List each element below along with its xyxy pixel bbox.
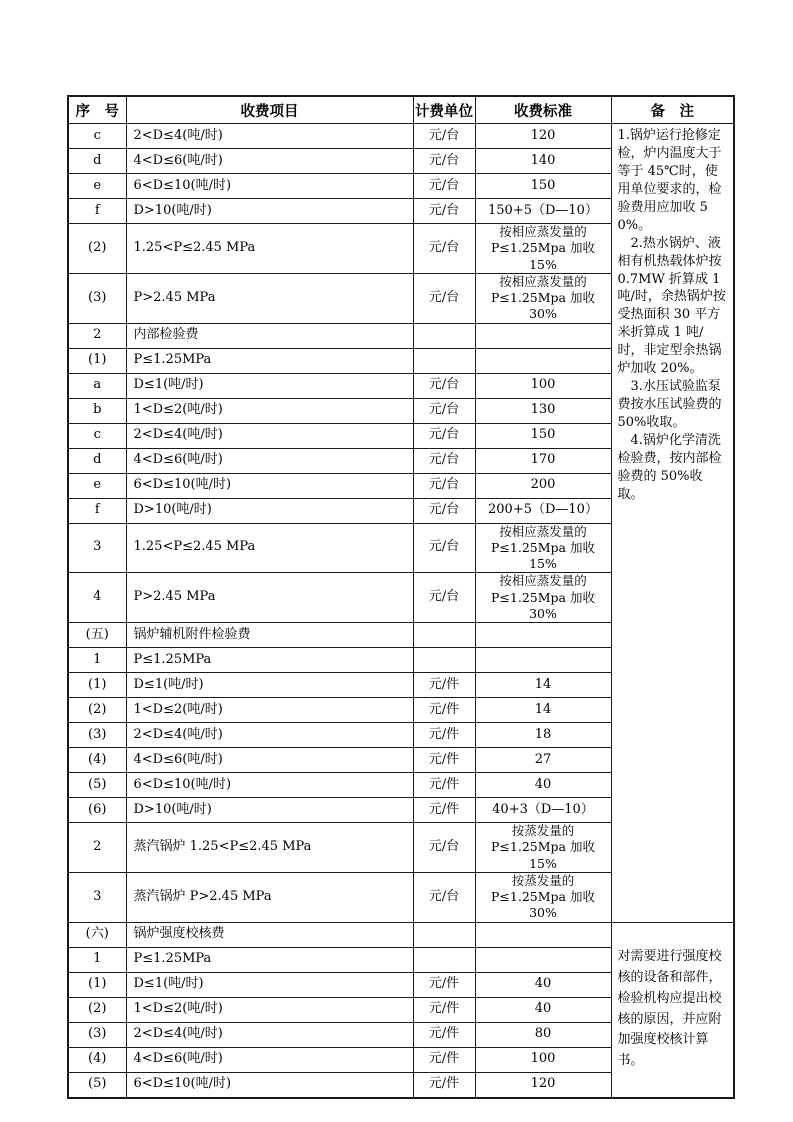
cell-billing-unit: 元/台 xyxy=(413,273,475,323)
cell-serial-no: c xyxy=(68,423,126,448)
cell-serial-no: f xyxy=(68,498,126,523)
cell-fee-item: 2<D≤4(吨/时) xyxy=(126,423,413,448)
cell-serial-no: 4 xyxy=(68,573,126,623)
cell-fee-standard xyxy=(475,348,611,373)
cell-fee-standard: 100 xyxy=(475,1047,611,1072)
cell-fee-standard: 14 xyxy=(475,698,611,723)
cell-fee-standard: 40 xyxy=(475,972,611,997)
cell-serial-no: (1) xyxy=(68,673,126,698)
cell-serial-no: a xyxy=(68,373,126,398)
cell-fee-item: 蒸汽锅炉 1.25<P≤2.45 MPa xyxy=(126,823,413,873)
cell-fee-item: 6<D≤10(吨/时) xyxy=(126,174,413,199)
cell-fee-item: 2<D≤4(吨/时) xyxy=(126,723,413,748)
fee-standard-line: P≤1.25Mpa 加收 15% xyxy=(476,839,611,872)
cell-fee-standard xyxy=(475,947,611,972)
cell-billing-unit: 元/件 xyxy=(413,1047,475,1072)
cell-fee-standard: 40+3（D—10） xyxy=(475,798,611,823)
remark-paragraph: 2.热水锅炉、液相有机热载体炉按 0.7MW 折算成 1 吨/时，余热锅炉按受热… xyxy=(618,235,729,379)
cell-serial-no: (1) xyxy=(68,348,126,373)
cell-fee-item: P≤1.25MPa xyxy=(126,947,413,972)
cell-fee-item: 1<D≤2(吨/时) xyxy=(126,997,413,1022)
table-row: (六)锅炉强度校核费对需要进行强度校核的设备和部件，检验机构应提出校核的原因，并… xyxy=(68,922,734,947)
cell-serial-no: (3) xyxy=(68,273,126,323)
cell-serial-no: (2) xyxy=(68,997,126,1022)
cell-billing-unit: 元/台 xyxy=(413,149,475,174)
fee-standard-line: P≤1.25Mpa 加收 30% xyxy=(476,290,611,323)
cell-fee-item: 4<D≤6(吨/时) xyxy=(126,748,413,773)
fee-standard-line: P≤1.25Mpa 加收 30% xyxy=(476,590,611,623)
cell-remarks: 1.锅炉运行抢修定检，炉内温度大于等于 45℃时，使用单位要求的，检验费用应加收… xyxy=(611,124,734,923)
cell-serial-no: (6) xyxy=(68,798,126,823)
cell-fee-standard: 80 xyxy=(475,1022,611,1047)
header-billing-unit: 计费单位 xyxy=(413,96,475,124)
cell-fee-standard: 14 xyxy=(475,673,611,698)
cell-serial-no: 1 xyxy=(68,648,126,673)
cell-billing-unit: 元/件 xyxy=(413,673,475,698)
cell-fee-standard: 40 xyxy=(475,773,611,798)
cell-serial-no: (3) xyxy=(68,1022,126,1047)
cell-serial-no: 2 xyxy=(68,323,126,348)
cell-fee-item: 6<D≤10(吨/时) xyxy=(126,473,413,498)
cell-serial-no: d xyxy=(68,448,126,473)
cell-serial-no: (六) xyxy=(68,922,126,947)
cell-serial-no: d xyxy=(68,149,126,174)
cell-billing-unit: 元/台 xyxy=(413,872,475,922)
cell-serial-no: (4) xyxy=(68,748,126,773)
cell-billing-unit: 元/台 xyxy=(413,823,475,873)
table-row: c2<D≤4(吨/时)元/台1201.锅炉运行抢修定检，炉内温度大于等于 45℃… xyxy=(68,124,734,149)
header-serial-no: 序 号 xyxy=(68,96,126,124)
cell-billing-unit: 元/台 xyxy=(413,174,475,199)
cell-billing-unit: 元/台 xyxy=(413,224,475,274)
cell-serial-no: (5) xyxy=(68,1072,126,1098)
cell-fee-item: 4<D≤6(吨/时) xyxy=(126,149,413,174)
cell-billing-unit: 元/件 xyxy=(413,798,475,823)
header-remarks: 备 注 xyxy=(611,96,734,124)
cell-fee-item: D>10(吨/时) xyxy=(126,199,413,224)
cell-fee-standard: 140 xyxy=(475,149,611,174)
fee-standard-line: 按相应蒸发量的 xyxy=(476,573,611,589)
cell-fee-standard: 按相应蒸发量的P≤1.25Mpa 加收 15% xyxy=(475,224,611,274)
cell-fee-standard: 按相应蒸发量的P≤1.25Mpa 加收 15% xyxy=(475,523,611,573)
cell-billing-unit: 元/件 xyxy=(413,1022,475,1047)
cell-serial-no: f xyxy=(68,199,126,224)
cell-remarks: 对需要进行强度校核的设备和部件，检验机构应提出校核的原因，并应附加强度校核计算书… xyxy=(611,922,734,1098)
cell-fee-item: 1<D≤2(吨/时) xyxy=(126,698,413,723)
cell-fee-standard: 170 xyxy=(475,448,611,473)
cell-fee-item: D>10(吨/时) xyxy=(126,498,413,523)
fee-standard-line: P≤1.25Mpa 加收 15% xyxy=(476,540,611,573)
cell-billing-unit xyxy=(413,648,475,673)
cell-fee-item: 蒸汽锅炉 P>2.45 MPa xyxy=(126,872,413,922)
cell-billing-unit: 元/件 xyxy=(413,972,475,997)
cell-serial-no: (2) xyxy=(68,698,126,723)
cell-billing-unit: 元/台 xyxy=(413,423,475,448)
cell-fee-item: 锅炉强度校核费 xyxy=(126,922,413,947)
cell-serial-no: c xyxy=(68,124,126,149)
cell-fee-standard xyxy=(475,623,611,648)
cell-serial-no: (2) xyxy=(68,224,126,274)
cell-serial-no: e xyxy=(68,473,126,498)
cell-billing-unit: 元/台 xyxy=(413,573,475,623)
cell-billing-unit xyxy=(413,623,475,648)
document-page: 序 号 收费项目 计费单位 收费标准 备 注 c2<D≤4(吨/时)元/台120… xyxy=(0,0,793,1122)
cell-fee-standard: 100 xyxy=(475,373,611,398)
remark-paragraph: 3.水压试验监泵费按水压试验费的 50%收取。 xyxy=(618,378,729,432)
cell-fee-item: D>10(吨/时) xyxy=(126,798,413,823)
cell-serial-no: (3) xyxy=(68,723,126,748)
cell-fee-standard xyxy=(475,323,611,348)
cell-fee-item: P>2.45 MPa xyxy=(126,573,413,623)
cell-serial-no: b xyxy=(68,398,126,423)
cell-billing-unit xyxy=(413,323,475,348)
cell-fee-standard xyxy=(475,922,611,947)
cell-serial-no: 1 xyxy=(68,947,126,972)
fee-standard-line: 按相应蒸发量的 xyxy=(476,524,611,540)
cell-fee-item: 锅炉辅机附件检验费 xyxy=(126,623,413,648)
cell-fee-item: 内部检验费 xyxy=(126,323,413,348)
cell-fee-standard: 150+5（D—10） xyxy=(475,199,611,224)
cell-fee-standard: 40 xyxy=(475,997,611,1022)
cell-fee-standard: 120 xyxy=(475,1072,611,1098)
cell-fee-standard: 按相应蒸发量的P≤1.25Mpa 加收 30% xyxy=(475,573,611,623)
header-row: 序 号 收费项目 计费单位 收费标准 备 注 xyxy=(68,96,734,124)
cell-billing-unit xyxy=(413,922,475,947)
table-body: c2<D≤4(吨/时)元/台1201.锅炉运行抢修定检，炉内温度大于等于 45℃… xyxy=(68,124,734,1098)
header-fee-standard: 收费标准 xyxy=(475,96,611,124)
cell-serial-no: (五) xyxy=(68,623,126,648)
cell-billing-unit: 元/台 xyxy=(413,473,475,498)
fee-table: 序 号 收费项目 计费单位 收费标准 备 注 c2<D≤4(吨/时)元/台120… xyxy=(67,95,735,1099)
fee-standard-line: 按蒸发量的 xyxy=(476,823,611,839)
remark-paragraph: 1.锅炉运行抢修定检，炉内温度大于等于 45℃时，使用单位要求的，检验费用应加收… xyxy=(618,127,729,235)
cell-billing-unit: 元/台 xyxy=(413,498,475,523)
remark-paragraph: 对需要进行强度校核的设备和部件，检验机构应提出校核的原因，并应附加强度校核计算书… xyxy=(618,947,729,1072)
fee-standard-line: 按相应蒸发量的 xyxy=(476,224,611,240)
fee-standard-line: P≤1.25Mpa 加收 30% xyxy=(476,889,611,922)
cell-fee-standard: 27 xyxy=(475,748,611,773)
cell-fee-item: 1.25<P≤2.45 MPa xyxy=(126,523,413,573)
cell-fee-item: 4<D≤6(吨/时) xyxy=(126,1047,413,1072)
cell-fee-item: D≤1(吨/时) xyxy=(126,972,413,997)
cell-fee-item: D≤1(吨/时) xyxy=(126,673,413,698)
cell-serial-no: 3 xyxy=(68,872,126,922)
cell-serial-no: (5) xyxy=(68,773,126,798)
cell-fee-item: 1.25<P≤2.45 MPa xyxy=(126,224,413,274)
cell-billing-unit xyxy=(413,947,475,972)
cell-fee-item: 1<D≤2(吨/时) xyxy=(126,398,413,423)
cell-billing-unit: 元/件 xyxy=(413,698,475,723)
cell-billing-unit: 元/台 xyxy=(413,373,475,398)
cell-billing-unit xyxy=(413,348,475,373)
cell-fee-item: 6<D≤10(吨/时) xyxy=(126,773,413,798)
cell-fee-standard: 18 xyxy=(475,723,611,748)
cell-billing-unit: 元/台 xyxy=(413,124,475,149)
cell-fee-standard: 150 xyxy=(475,423,611,448)
fee-standard-line: P≤1.25Mpa 加收 15% xyxy=(476,240,611,273)
cell-fee-standard: 150 xyxy=(475,174,611,199)
cell-fee-item: 2<D≤4(吨/时) xyxy=(126,124,413,149)
cell-fee-item: P>2.45 MPa xyxy=(126,273,413,323)
cell-billing-unit: 元/件 xyxy=(413,997,475,1022)
cell-fee-standard xyxy=(475,648,611,673)
cell-billing-unit: 元/台 xyxy=(413,523,475,573)
cell-fee-standard: 200+5（D—10） xyxy=(475,498,611,523)
cell-serial-no: e xyxy=(68,174,126,199)
cell-billing-unit: 元/台 xyxy=(413,448,475,473)
cell-fee-standard: 120 xyxy=(475,124,611,149)
cell-serial-no: (4) xyxy=(68,1047,126,1072)
cell-serial-no: 2 xyxy=(68,823,126,873)
cell-serial-no: (1) xyxy=(68,972,126,997)
cell-fee-item: 2<D≤4(吨/时) xyxy=(126,1022,413,1047)
cell-billing-unit: 元/台 xyxy=(413,199,475,224)
cell-billing-unit: 元/件 xyxy=(413,748,475,773)
fee-standard-line: 按蒸发量的 xyxy=(476,873,611,889)
cell-fee-standard: 200 xyxy=(475,473,611,498)
cell-billing-unit: 元/件 xyxy=(413,773,475,798)
cell-fee-item: P≤1.25MPa xyxy=(126,648,413,673)
fee-standard-line: 按相应蒸发量的 xyxy=(476,274,611,290)
cell-billing-unit: 元/台 xyxy=(413,398,475,423)
header-fee-item: 收费项目 xyxy=(126,96,413,124)
cell-serial-no: 3 xyxy=(68,523,126,573)
cell-fee-standard: 按蒸发量的P≤1.25Mpa 加收 30% xyxy=(475,872,611,922)
cell-fee-standard: 按蒸发量的P≤1.25Mpa 加收 15% xyxy=(475,823,611,873)
cell-fee-item: 4<D≤6(吨/时) xyxy=(126,448,413,473)
cell-fee-standard: 130 xyxy=(475,398,611,423)
cell-billing-unit: 元/件 xyxy=(413,723,475,748)
remark-paragraph: 4.锅炉化学清洗检验费，按内部检验费的 50%收取。 xyxy=(618,432,729,504)
cell-fee-item: 6<D≤10(吨/时) xyxy=(126,1072,413,1098)
cell-fee-standard: 按相应蒸发量的P≤1.25Mpa 加收 30% xyxy=(475,273,611,323)
cell-fee-item: D≤1(吨/时) xyxy=(126,373,413,398)
cell-billing-unit: 元/件 xyxy=(413,1072,475,1098)
cell-fee-item: P≤1.25MPa xyxy=(126,348,413,373)
